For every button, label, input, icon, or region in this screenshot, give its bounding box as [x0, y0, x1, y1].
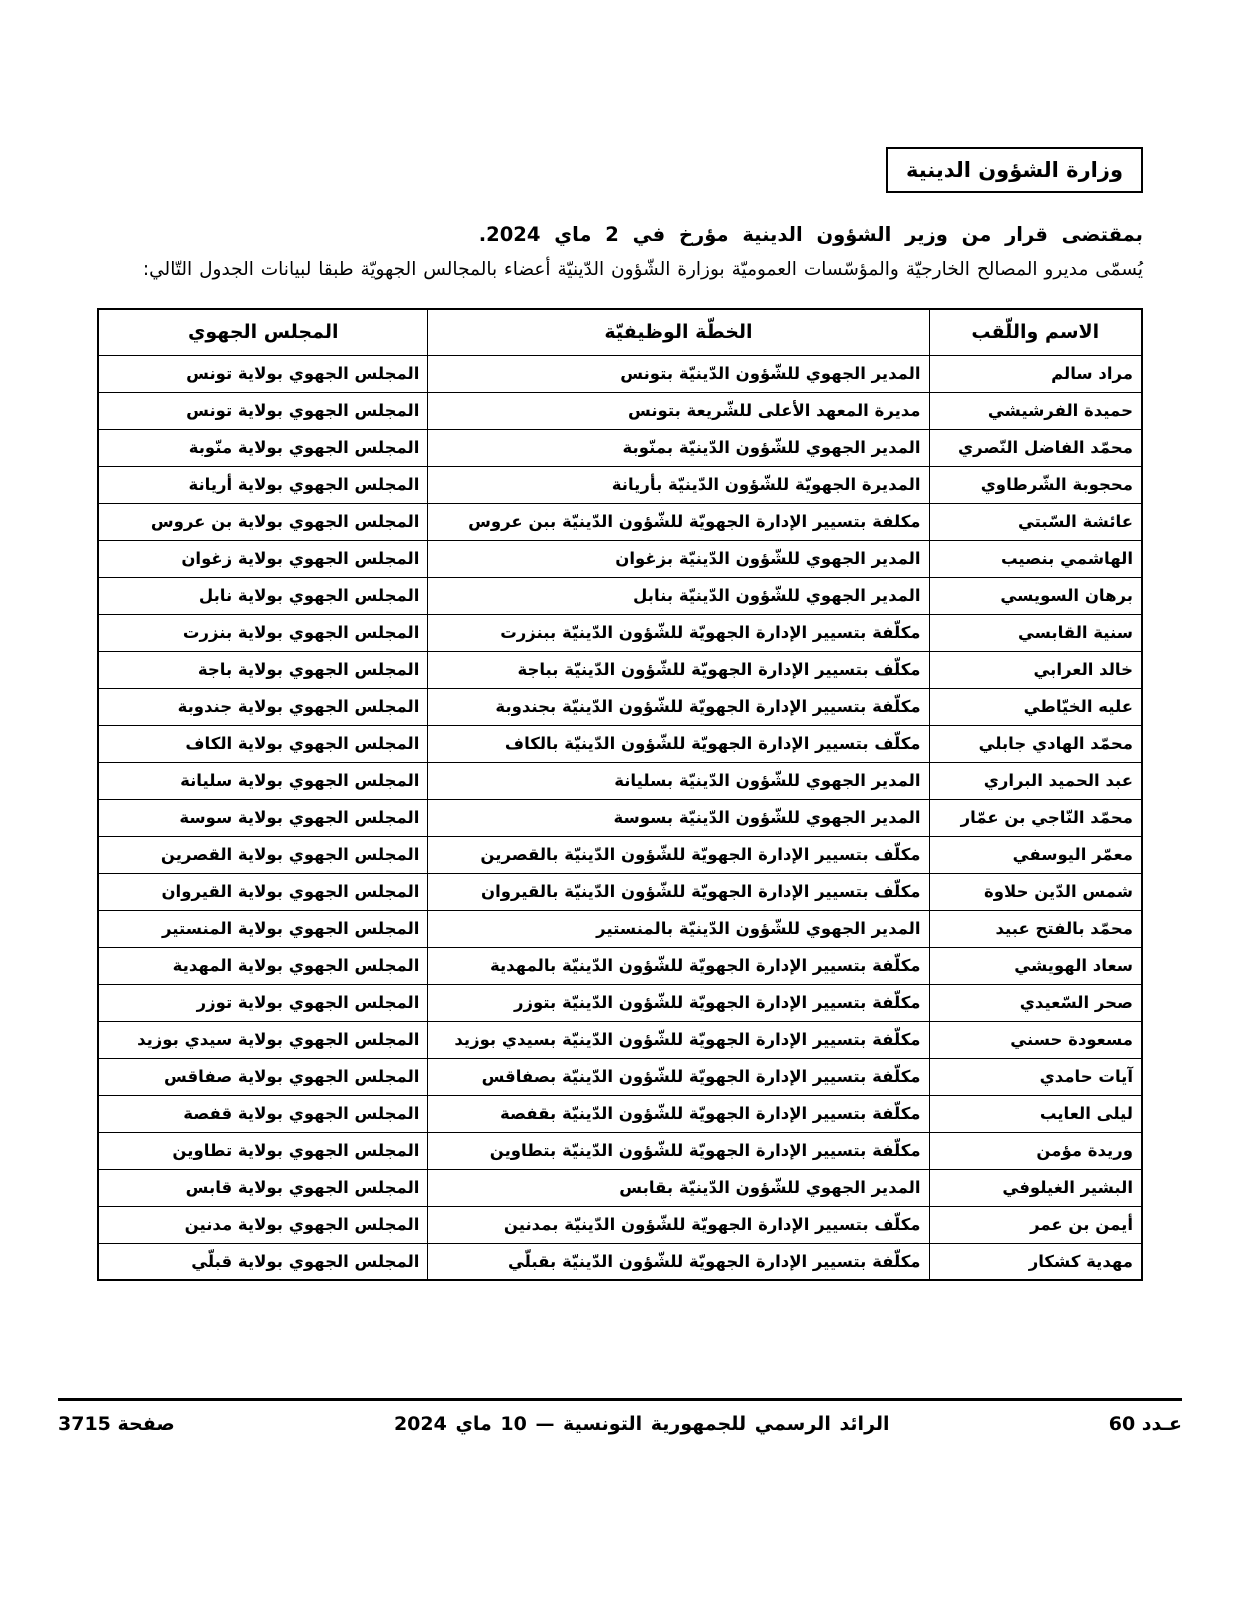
cell-name: سعاد الهويشي [929, 947, 1142, 984]
table-row: أيمن بن عمرمكلّف بتسيير الإدارة الجهويّة… [98, 1206, 1142, 1243]
table-row: سنية القابسيمكلّفة بتسيير الإدارة الجهوي… [98, 614, 1142, 651]
cell-name: حميدة الفرشيشي [929, 392, 1142, 429]
cell-position: مكلّفة بتسيير الإدارة الجهويّة للشّؤون ا… [428, 614, 929, 651]
cell-position: المدير الجهوي للشّؤون الدّينيّة بمنّوبة [428, 429, 929, 466]
cell-position: المدير الجهوي للشّؤون الدّينيّة بزغوان [428, 540, 929, 577]
page-footer: عـدد 60 الرائد الرسمي للجمهورية التونسية… [58, 1398, 1182, 1435]
cell-position: مكلّف بتسيير الإدارة الجهويّة للشّؤون ال… [428, 873, 929, 910]
table-row: الهاشمي بنصيبالمدير الجهوي للشّؤون الدّي… [98, 540, 1142, 577]
cell-position: المدير الجهوي للشّؤون الدّينيّة بتونس [428, 355, 929, 392]
cell-council: المجلس الجهوي بولاية قابس [98, 1169, 428, 1206]
cell-council: المجلس الجهوي بولاية صفاقس [98, 1058, 428, 1095]
cell-name: سنية القابسي [929, 614, 1142, 651]
cell-council: المجلس الجهوي بولاية قفصة [98, 1095, 428, 1132]
cell-position: مكلّفة بتسيير الإدارة الجهويّة للشّؤون ا… [428, 688, 929, 725]
cell-council: المجلس الجهوي بولاية منّوبة [98, 429, 428, 466]
cell-name: عليه الخيّاطي [929, 688, 1142, 725]
cell-council: المجلس الجهوي بولاية باجة [98, 651, 428, 688]
cell-council: المجلس الجهوي بولاية المهدية [98, 947, 428, 984]
cell-name: محمّد الفاضل النّصري [929, 429, 1142, 466]
cell-position: مديرة المعهد الأعلى للشّريعة بتونس [428, 392, 929, 429]
table-row: عبد الحميد البراريالمدير الجهوي للشّؤون … [98, 762, 1142, 799]
table-row: عليه الخيّاطيمكلّفة بتسيير الإدارة الجهو… [98, 688, 1142, 725]
table-row: محمّد الفاضل النّصريالمدير الجهوي للشّؤو… [98, 429, 1142, 466]
table-row: آيات حامديمكلّفة بتسيير الإدارة الجهويّة… [98, 1058, 1142, 1095]
cell-council: المجلس الجهوي بولاية أريانة [98, 466, 428, 503]
cell-name: عائشة السّبتي [929, 503, 1142, 540]
cell-position: مكلّف بتسيير الإدارة الجهويّة للشّؤون ال… [428, 836, 929, 873]
cell-council: المجلس الجهوي بولاية تطاوين [98, 1132, 428, 1169]
cell-position: المدير الجهوي للشّؤون الدّينيّة بسليانة [428, 762, 929, 799]
journal-title: الرائد الرسمي للجمهورية التونسية — 10 ما… [394, 1413, 890, 1435]
cell-position: مكلّفة بتسيير الإدارة الجهويّة للشّؤون ا… [428, 1243, 929, 1280]
table-row: محمّد الهادي جابليمكلّف بتسيير الإدارة ا… [98, 725, 1142, 762]
cell-council: المجلس الجهوي بولاية تونس [98, 392, 428, 429]
cell-council: المجلس الجهوي بولاية القصرين [98, 836, 428, 873]
table-row: مسعودة حسنيمكلّفة بتسيير الإدارة الجهويّ… [98, 1021, 1142, 1058]
cell-name: عبد الحميد البراري [929, 762, 1142, 799]
col-header-name: الاسم واللّقب [929, 309, 1142, 355]
col-header-position: الخطّة الوظيفيّة [428, 309, 929, 355]
cell-position: مكلفة بتسيير الإدارة الجهويّة للشّؤون ال… [428, 503, 929, 540]
cell-name: مهدية كشكار [929, 1243, 1142, 1280]
cell-name: معمّر اليوسفي [929, 836, 1142, 873]
cell-position: مكلّفة بتسيير الإدارة الجهويّة للشّؤون ا… [428, 984, 929, 1021]
cell-position: المدير الجهوي للشّؤون الدّينيّة بالمنستي… [428, 910, 929, 947]
table-row: عائشة السّبتيمكلفة بتسيير الإدارة الجهوي… [98, 503, 1142, 540]
cell-council: المجلس الجهوي بولاية سليانة [98, 762, 428, 799]
cell-council: المجلس الجهوي بولاية زغوان [98, 540, 428, 577]
cell-council: المجلس الجهوي بولاية سيدي بوزيد [98, 1021, 428, 1058]
table-row: مراد سالمالمدير الجهوي للشّؤون الدّينيّة… [98, 355, 1142, 392]
cell-council: المجلس الجهوي بولاية تونس [98, 355, 428, 392]
page-number: صفحة 3715 [58, 1413, 175, 1435]
table-body: مراد سالمالمدير الجهوي للشّؤون الدّينيّة… [98, 355, 1142, 1280]
cell-name: الهاشمي بنصيب [929, 540, 1142, 577]
cell-position: مكلّفة بتسيير الإدارة الجهويّة للشّؤون ا… [428, 1058, 929, 1095]
table-row: خالد العرابيمكلّف بتسيير الإدارة الجهويّ… [98, 651, 1142, 688]
table-row: سعاد الهويشيمكلّفة بتسيير الإدارة الجهوي… [98, 947, 1142, 984]
cell-name: خالد العرابي [929, 651, 1142, 688]
table-row: محمّد بالفتح عبيدالمدير الجهوي للشّؤون ا… [98, 910, 1142, 947]
decree-line: بمقتضى قرار من وزير الشؤون الدينية مؤرخ … [97, 223, 1143, 246]
cell-name: محجوبة الشّرطاوي [929, 466, 1142, 503]
cell-name: مراد سالم [929, 355, 1142, 392]
cell-council: المجلس الجهوي بولاية توزر [98, 984, 428, 1021]
cell-name: ليلى العايب [929, 1095, 1142, 1132]
appointment-line: يُسمّى مديرو المصالح الخارجيّة والمؤسّسا… [97, 259, 1143, 280]
table-row: شمس الدّين حلاوةمكلّف بتسيير الإدارة الج… [98, 873, 1142, 910]
cell-position: مكلّفة بتسيير الإدارة الجهويّة للشّؤون ا… [428, 1132, 929, 1169]
table-row: محمّد النّاجي بن عمّارالمدير الجهوي للشّ… [98, 799, 1142, 836]
cell-position: مكلّفة بتسيير الإدارة الجهويّة للشّؤون ا… [428, 1095, 929, 1132]
cell-council: المجلس الجهوي بولاية الكاف [98, 725, 428, 762]
table-row: مهدية كشكارمكلّفة بتسيير الإدارة الجهويّ… [98, 1243, 1142, 1280]
table-header: الاسم واللّقب الخطّة الوظيفيّة المجلس ال… [98, 309, 1142, 355]
table-row: ليلى العايبمكلّفة بتسيير الإدارة الجهويّ… [98, 1095, 1142, 1132]
table-row: محجوبة الشّرطاويالمديرة الجهويّة للشّؤون… [98, 466, 1142, 503]
table-row: معمّر اليوسفيمكلّف بتسيير الإدارة الجهوي… [98, 836, 1142, 873]
cell-position: مكلّف بتسيير الإدارة الجهويّة للشّؤون ال… [428, 651, 929, 688]
cell-position: المدير الجهوي للشّؤون الدّينيّة بقابس [428, 1169, 929, 1206]
table-row: حميدة الفرشيشيمديرة المعهد الأعلى للشّري… [98, 392, 1142, 429]
cell-name: صحر السّعيدي [929, 984, 1142, 1021]
cell-name: محمّد النّاجي بن عمّار [929, 799, 1142, 836]
cell-position: مكلّفة بتسيير الإدارة الجهويّة للشّؤون ا… [428, 1021, 929, 1058]
cell-council: المجلس الجهوي بولاية قبلّي [98, 1243, 428, 1280]
col-header-council: المجلس الجهوي [98, 309, 428, 355]
cell-council: المجلس الجهوي بولاية القيروان [98, 873, 428, 910]
cell-name: وريدة مؤمن [929, 1132, 1142, 1169]
page-content: وزارة الشؤون الدينية بمقتضى قرار من وزير… [97, 0, 1143, 1281]
ministry-title-box: وزارة الشؤون الدينية [886, 147, 1143, 193]
cell-council: المجلس الجهوي بولاية مدنين [98, 1206, 428, 1243]
cell-council: المجلس الجهوي بولاية بن عروس [98, 503, 428, 540]
cell-council: المجلس الجهوي بولاية بنزرت [98, 614, 428, 651]
cell-name: مسعودة حسني [929, 1021, 1142, 1058]
issue-number: عـدد 60 [1109, 1413, 1182, 1435]
cell-position: مكلّف بتسيير الإدارة الجهويّة للشّؤون ال… [428, 1206, 929, 1243]
cell-name: البشير الغيلوفي [929, 1169, 1142, 1206]
cell-name: برهان السويسي [929, 577, 1142, 614]
cell-position: مكلّف بتسيير الإدارة الجهويّة للشّؤون ال… [428, 725, 929, 762]
cell-name: محمّد بالفتح عبيد [929, 910, 1142, 947]
cell-name: آيات حامدي [929, 1058, 1142, 1095]
table-row: وريدة مؤمنمكلّفة بتسيير الإدارة الجهويّة… [98, 1132, 1142, 1169]
cell-name: شمس الدّين حلاوة [929, 873, 1142, 910]
cell-council: المجلس الجهوي بولاية سوسة [98, 799, 428, 836]
cell-council: المجلس الجهوي بولاية المنستير [98, 910, 428, 947]
cell-council: المجلس الجهوي بولاية نابل [98, 577, 428, 614]
cell-name: محمّد الهادي جابلي [929, 725, 1142, 762]
cell-name: أيمن بن عمر [929, 1206, 1142, 1243]
cell-position: المدير الجهوي للشّؤون الدّينيّة بنابل [428, 577, 929, 614]
cell-position: المديرة الجهويّة للشّؤون الدّينيّة بأريا… [428, 466, 929, 503]
table-row: البشير الغيلوفيالمدير الجهوي للشّؤون الد… [98, 1169, 1142, 1206]
cell-position: مكلّفة بتسيير الإدارة الجهويّة للشّؤون ا… [428, 947, 929, 984]
table-header-row: الاسم واللّقب الخطّة الوظيفيّة المجلس ال… [98, 309, 1142, 355]
table-row: صحر السّعيديمكلّفة بتسيير الإدارة الجهوي… [98, 984, 1142, 1021]
ministry-title: وزارة الشؤون الدينية [906, 158, 1123, 182]
cell-council: المجلس الجهوي بولاية جندوبة [98, 688, 428, 725]
table-row: برهان السويسيالمدير الجهوي للشّؤون الدّي… [98, 577, 1142, 614]
appointments-table: الاسم واللّقب الخطّة الوظيفيّة المجلس ال… [97, 308, 1143, 1281]
cell-position: المدير الجهوي للشّؤون الدّينيّة بسوسة [428, 799, 929, 836]
